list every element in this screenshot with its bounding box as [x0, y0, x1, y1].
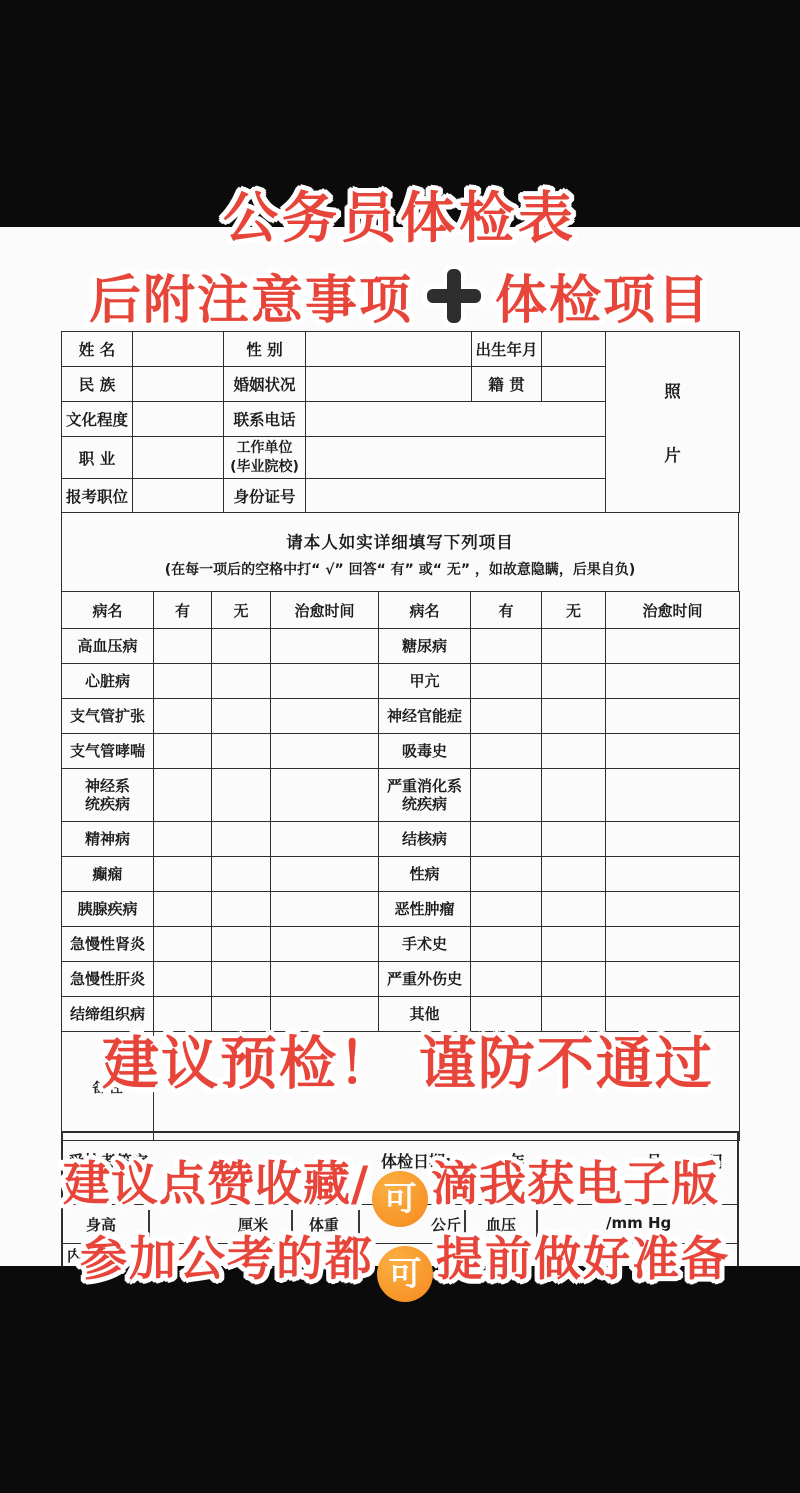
page-title: 公务员体检表 [0, 174, 800, 253]
disease-name-cell: 胰腺疾病 [62, 892, 154, 927]
page-subtitle: 后附注意事项 体检项目 [0, 258, 800, 333]
no-checkbox-cell[interactable] [212, 892, 271, 927]
disease-name-cell: 神经系 统疾病 [62, 769, 154, 822]
yes-checkbox-cell[interactable] [471, 822, 542, 857]
col-disease-name: 病名 [379, 592, 471, 629]
disease-name-cell: 支气管哮喘 [62, 734, 154, 769]
health-exam-form: 姓 名 性 别 出生年月 照 片 民 族 婚姻状况 籍 贯 文化 [61, 331, 739, 1141]
yes-checkbox-cell[interactable] [154, 927, 212, 962]
birthdate-input-cell[interactable] [542, 332, 606, 367]
photo-char-1: 照 [606, 378, 739, 402]
cure-time-cell[interactable] [606, 699, 740, 734]
cure-time-cell[interactable] [606, 857, 740, 892]
yes-checkbox-cell[interactable] [154, 699, 212, 734]
disease-name-cell: 甲亢 [379, 664, 471, 699]
yes-checkbox-cell[interactable] [471, 769, 542, 822]
cure-time-cell[interactable] [606, 927, 740, 962]
disease-row: 胰腺疾病 恶性肿瘤 [62, 892, 740, 927]
disease-name-cell: 手术史 [379, 927, 471, 962]
yes-checkbox-cell[interactable] [154, 892, 212, 927]
no-checkbox-cell[interactable] [212, 734, 271, 769]
disease-row: 急慢性肝炎 严重外伤史 [62, 962, 740, 997]
disease-row: 急慢性肾炎 手术史 [62, 927, 740, 962]
disease-row: 精神病 结核病 [62, 822, 740, 857]
yes-checkbox-cell[interactable] [471, 927, 542, 962]
col-no: 无 [542, 592, 606, 629]
yes-checkbox-cell[interactable] [471, 629, 542, 664]
no-checkbox-cell[interactable] [542, 857, 606, 892]
marital-input-cell[interactable] [306, 367, 472, 402]
cure-time-cell[interactable] [271, 892, 379, 927]
disease-name-cell: 神经官能症 [379, 699, 471, 734]
cure-time-cell[interactable] [271, 769, 379, 822]
native-place-input-cell[interactable] [542, 367, 606, 402]
instruction-title: 请本人如实详细填写下列项目 [62, 513, 738, 553]
cure-time-cell[interactable] [606, 734, 740, 769]
disease-name-cell: 急慢性肾炎 [62, 927, 154, 962]
photo-box: 照 片 [606, 332, 740, 513]
yes-checkbox-cell[interactable] [471, 699, 542, 734]
disease-name-cell: 急慢性肝炎 [62, 962, 154, 997]
cure-time-cell[interactable] [606, 892, 740, 927]
no-checkbox-cell[interactable] [542, 734, 606, 769]
no-checkbox-cell[interactable] [212, 927, 271, 962]
disease-row: 高血压病 糖尿病 [62, 629, 740, 664]
work-unit-input-cell[interactable] [306, 437, 606, 479]
marital-label: 婚姻状况 [224, 367, 306, 402]
yes-checkbox-cell[interactable] [471, 857, 542, 892]
personal-info-table: 姓 名 性 别 出生年月 照 片 民 族 婚姻状况 籍 贯 文化 [61, 331, 740, 513]
no-checkbox-cell[interactable] [542, 892, 606, 927]
cure-time-cell[interactable] [271, 734, 379, 769]
overlay-like-post: 滴我获电子版 [431, 1157, 719, 1212]
yes-checkbox-cell[interactable] [471, 962, 542, 997]
heavy-plus-icon [427, 269, 481, 323]
name-label: 姓 名 [62, 332, 133, 367]
phone-label: 联系电话 [224, 402, 306, 437]
no-checkbox-cell[interactable] [542, 769, 606, 822]
yes-checkbox-cell[interactable] [471, 734, 542, 769]
education-input-cell[interactable] [133, 402, 224, 437]
disease-name-cell: 癫痫 [62, 857, 154, 892]
disease-name-cell: 严重消化系 统疾病 [379, 769, 471, 822]
subtitle-right-text: 体检项目 [495, 258, 711, 333]
disease-name-cell: 支气管扩张 [62, 699, 154, 734]
no-checkbox-cell[interactable] [542, 629, 606, 664]
disease-name-cell: 糖尿病 [379, 629, 471, 664]
disease-table-header: 病名 有 无 治愈时间 病名 有 无 治愈时间 [62, 592, 740, 629]
ke-ok-badge-icon: 可 [372, 1171, 428, 1227]
col-no: 无 [212, 592, 271, 629]
instruction-block: 请本人如实详细填写下列项目 (在每一项后的空格中打“ √” 回答“ 有” 或“ … [61, 513, 739, 591]
yes-checkbox-cell[interactable] [154, 997, 212, 1032]
yes-checkbox-cell[interactable] [154, 629, 212, 664]
no-checkbox-cell[interactable] [542, 962, 606, 997]
disease-row: 支气管哮喘 吸毒史 [62, 734, 740, 769]
col-cure-time: 治愈时间 [271, 592, 379, 629]
birthdate-label: 出生年月 [472, 332, 542, 367]
no-checkbox-cell[interactable] [212, 997, 271, 1032]
no-checkbox-cell[interactable] [212, 962, 271, 997]
no-checkbox-cell[interactable] [542, 699, 606, 734]
disease-name-cell: 结核病 [379, 822, 471, 857]
disease-name-cell: 心脏病 [62, 664, 154, 699]
ethnicity-input-cell[interactable] [133, 367, 224, 402]
col-yes: 有 [154, 592, 212, 629]
applied-position-input-cell[interactable] [133, 479, 224, 513]
disease-name-cell: 性病 [379, 857, 471, 892]
overlay-precheck-text: 建议预检！ 谨防不通过 [102, 1032, 714, 1098]
id-number-label: 身份证号 [224, 479, 306, 513]
cure-time-cell[interactable] [606, 822, 740, 857]
overlay-prepare-text: 参加公考的都可提前做好准备 [80, 1233, 730, 1302]
no-checkbox-cell[interactable] [212, 857, 271, 892]
ethnicity-label: 民 族 [62, 367, 133, 402]
cure-time-cell[interactable] [271, 664, 379, 699]
poster: 公务员体检表 后附注意事项 体检项目 姓 名 性 别 出生年月 照 片 [0, 0, 800, 1493]
cure-time-cell[interactable] [271, 962, 379, 997]
disease-row: 支气管扩张 神经官能症 [62, 699, 740, 734]
no-checkbox-cell[interactable] [542, 997, 606, 1032]
cure-time-cell[interactable] [271, 997, 379, 1032]
yes-checkbox-cell[interactable] [471, 892, 542, 927]
yes-checkbox-cell[interactable] [154, 664, 212, 699]
yes-checkbox-cell[interactable] [471, 997, 542, 1032]
yes-checkbox-cell[interactable] [154, 769, 212, 822]
disease-name-cell: 高血压病 [62, 629, 154, 664]
cure-time-cell[interactable] [271, 699, 379, 734]
disease-row: 心脏病 甲亢 [62, 664, 740, 699]
gender-input-cell[interactable] [306, 332, 472, 367]
no-checkbox-cell[interactable] [542, 664, 606, 699]
overlay-prepare-post: 提前做好准备 [436, 1232, 730, 1287]
col-cure-time: 治愈时间 [606, 592, 740, 629]
no-checkbox-cell[interactable] [212, 699, 271, 734]
ke-ok-badge-icon: 可 [377, 1246, 433, 1302]
yes-checkbox-cell[interactable] [471, 664, 542, 699]
cure-time-cell[interactable] [606, 962, 740, 997]
no-checkbox-cell[interactable] [212, 769, 271, 822]
cure-time-cell[interactable] [606, 664, 740, 699]
disease-name-cell: 结缔组织病 [62, 997, 154, 1032]
instruction-note: (在每一项后的空格中打“ √” 回答“ 有” 或“ 无” ，如故意隐瞒，后果自负… [62, 553, 738, 579]
cure-time-cell[interactable] [606, 629, 740, 664]
disease-name-cell: 吸毒史 [379, 734, 471, 769]
no-checkbox-cell[interactable] [542, 927, 606, 962]
col-disease-name: 病名 [62, 592, 154, 629]
cure-time-cell[interactable] [271, 927, 379, 962]
subtitle-left-text: 后附注意事项 [89, 258, 413, 333]
col-yes: 有 [471, 592, 542, 629]
overlay-prepare-pre: 参加公考的都 [80, 1232, 374, 1287]
occupation-input-cell[interactable] [133, 437, 224, 479]
photo-char-2: 片 [606, 442, 739, 466]
disease-name-cell: 其他 [379, 997, 471, 1032]
cure-time-cell[interactable] [271, 857, 379, 892]
id-number-input-cell[interactable] [306, 479, 606, 513]
disease-name-cell: 恶性肿瘤 [379, 892, 471, 927]
cure-time-cell[interactable] [606, 997, 740, 1032]
disease-name-cell: 精神病 [62, 822, 154, 857]
education-label: 文化程度 [62, 402, 133, 437]
cure-time-cell[interactable] [271, 629, 379, 664]
phone-input-cell[interactable] [306, 402, 606, 437]
no-checkbox-cell[interactable] [212, 629, 271, 664]
overlay-like-pre: 建议点赞收藏/ [63, 1157, 369, 1212]
overlay-like-collect-text: 建议点赞收藏/可滴我获电子版 [63, 1158, 719, 1227]
yes-checkbox-cell[interactable] [154, 857, 212, 892]
cure-time-cell[interactable] [271, 822, 379, 857]
disease-row: 癫痫 性病 [62, 857, 740, 892]
gender-label: 性 别 [224, 332, 306, 367]
native-place-label: 籍 贯 [472, 367, 542, 402]
yes-checkbox-cell[interactable] [154, 734, 212, 769]
yes-checkbox-cell[interactable] [154, 822, 212, 857]
disease-row: 神经系 统疾病 严重消化系 统疾病 [62, 769, 740, 822]
no-checkbox-cell[interactable] [212, 664, 271, 699]
occupation-label: 职 业 [62, 437, 133, 479]
cure-time-cell[interactable] [606, 769, 740, 822]
no-checkbox-cell[interactable] [212, 822, 271, 857]
disease-name-cell: 严重外伤史 [379, 962, 471, 997]
work-unit-label: 工作单位 (毕业院校) [224, 437, 306, 479]
applied-position-label: 报考职位 [62, 479, 133, 513]
disease-row: 结缔组织病 其他 [62, 997, 740, 1032]
yes-checkbox-cell[interactable] [154, 962, 212, 997]
name-input-cell[interactable] [133, 332, 224, 367]
no-checkbox-cell[interactable] [542, 822, 606, 857]
